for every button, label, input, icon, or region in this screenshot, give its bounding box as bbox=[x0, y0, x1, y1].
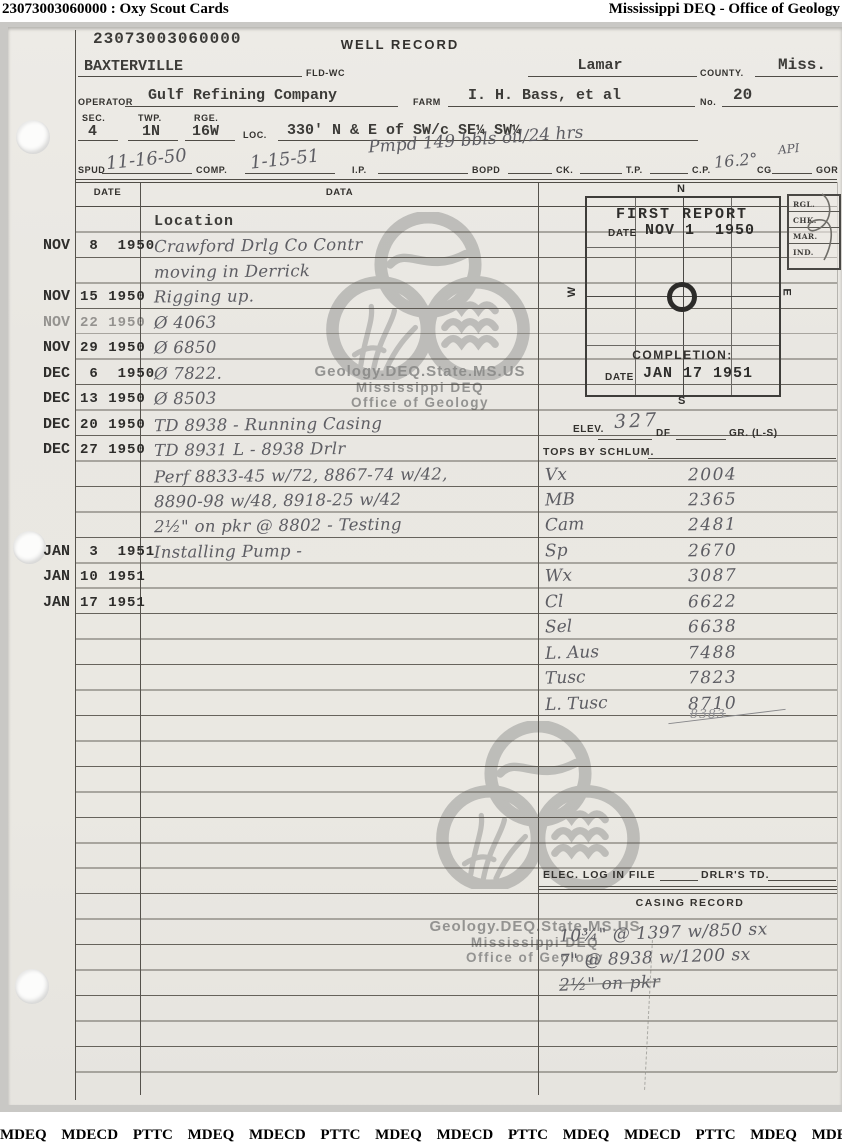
county-underline bbox=[528, 76, 697, 77]
log-row: moving in Derrick bbox=[0, 257, 538, 282]
compass-south-label: S bbox=[678, 395, 685, 407]
spud-underline bbox=[102, 173, 192, 174]
elev-label: ELEV. bbox=[573, 424, 604, 435]
comp-label: COMP. bbox=[196, 165, 227, 175]
compass-north-label: N bbox=[677, 183, 685, 195]
log-row: NOV 29 1950 Ø 6850 bbox=[0, 333, 538, 358]
bottom-footer-bar: MDEQ MDECD PTTC MDEQ MDECD PTTC MDEQ MDE… bbox=[0, 1120, 842, 1147]
formation-top-row: Tusc 7823 bbox=[543, 664, 836, 689]
farm-underline bbox=[448, 106, 695, 107]
compass-east-label: E bbox=[781, 288, 793, 295]
state-underline bbox=[755, 76, 838, 77]
punch-hole bbox=[16, 120, 50, 154]
log-month-stamp: NOV bbox=[28, 237, 70, 254]
log-month-stamp: DEC bbox=[28, 365, 70, 382]
formation-name: MB bbox=[545, 489, 576, 510]
ip-underline bbox=[378, 173, 468, 174]
log-date-stamp: 15 1950 bbox=[80, 289, 146, 305]
header-rule bbox=[75, 182, 837, 183]
field-underline bbox=[78, 76, 302, 77]
formation-depth: 2365 bbox=[688, 490, 738, 511]
completion-stamp: COMPLETION: bbox=[600, 348, 765, 362]
log-month-stamp: DEC bbox=[28, 390, 70, 407]
twp-underline bbox=[128, 140, 178, 141]
rge-underline bbox=[185, 140, 235, 141]
log-entry-text: Rigging up. bbox=[154, 287, 254, 307]
log-row: Location bbox=[0, 206, 538, 231]
formation-top-row: Cam 2481 bbox=[543, 511, 836, 536]
log-row: NOV 8 1950 Crawford Drlg Co Contr bbox=[0, 231, 538, 256]
farm-value: I. H. Bass, et al bbox=[468, 87, 621, 104]
formation-name: Vx bbox=[545, 464, 568, 485]
log-row: JAN 10 1951 bbox=[0, 562, 538, 587]
punch-hole bbox=[15, 969, 49, 1004]
scout-card-page: 23073003060000 : Oxy Scout Cards Mississ… bbox=[0, 0, 842, 1147]
df-label: DF bbox=[656, 428, 671, 439]
cp-value: 16.2° bbox=[713, 149, 758, 172]
rge-value: 16W bbox=[192, 123, 219, 140]
formation-depth: 7488 bbox=[688, 642, 738, 663]
bopd-underline bbox=[508, 173, 552, 174]
routing-stamp-box: RGL. CHK. MAR. IND. bbox=[787, 194, 841, 270]
log-entry-text: Ø 7822. bbox=[154, 363, 222, 383]
gor-label: GOR bbox=[816, 165, 838, 175]
formation-top-row: Vx 2004 bbox=[543, 461, 836, 486]
no-underline bbox=[722, 106, 838, 107]
formation-depth: 2481 bbox=[688, 515, 738, 536]
ip-label: I.P. bbox=[352, 165, 367, 175]
state-value: Miss. bbox=[778, 56, 826, 74]
drlrs-leader-line bbox=[768, 880, 836, 881]
stamp-row-label: CHK. bbox=[789, 212, 839, 228]
log-date-stamp: 10 1951 bbox=[80, 569, 146, 585]
log-row: NOV 15 1950 Rigging up. bbox=[0, 282, 538, 307]
log-entry-text: Installing Pump - bbox=[154, 541, 302, 562]
county-value: Lamar bbox=[540, 57, 660, 74]
log-entry-text: Ø 6850 bbox=[154, 338, 217, 358]
log-month-stamp: DEC bbox=[28, 441, 70, 458]
sec-label: SEC. bbox=[82, 113, 105, 123]
formation-depth: 6622 bbox=[688, 591, 738, 612]
formation-top-row: Cl 6622 bbox=[543, 588, 836, 613]
log-row: JAN 3 1951 Installing Pump - bbox=[0, 537, 538, 562]
formation-name: Tusc bbox=[545, 667, 586, 688]
formation-depth: 7823 bbox=[688, 668, 738, 689]
tp-underline bbox=[650, 173, 688, 174]
page-title-left: 23073003060000 : Oxy Scout Cards bbox=[2, 1, 229, 18]
casing-row: 7" @ 8938 w/1200 sx bbox=[545, 944, 835, 969]
elev-underline bbox=[598, 439, 652, 440]
well-api-number: 23073003060000 bbox=[93, 30, 241, 48]
ck-label: CK. bbox=[556, 165, 573, 175]
log-row: DEC 27 1950 TD 8931 L - 8938 Drlr bbox=[0, 435, 538, 460]
log-row: Perf 8833-45 w/72, 8867-74 w/42, bbox=[0, 461, 538, 486]
elec-log-label: ELEC. LOG IN FILE bbox=[543, 869, 656, 881]
formation-name: Sp bbox=[545, 540, 568, 561]
tops-title: TOPS BY SCHLUM. bbox=[543, 446, 654, 458]
data-panel-divider bbox=[538, 182, 539, 1095]
log-date-stamp: 13 1950 bbox=[80, 391, 146, 407]
formation-depth: 3087 bbox=[688, 566, 738, 587]
log-entry-text: 2½" on pkr @ 8802 - Testing bbox=[154, 515, 402, 537]
log-date-stamp: 22 1950 bbox=[80, 315, 146, 331]
formation-name: L. Tusc bbox=[545, 692, 608, 714]
formation-top-row: Sel 6638 bbox=[543, 613, 836, 638]
log-month-stamp: JAN bbox=[28, 568, 70, 585]
formation-top-row: MB 2365 bbox=[543, 486, 836, 511]
operator-underline bbox=[125, 106, 398, 107]
casing-row: 2½" on pkr bbox=[545, 970, 835, 995]
log-date-stamp: 8 1950 bbox=[80, 238, 155, 254]
elev-value: 327 bbox=[613, 409, 659, 433]
log-month-stamp: NOV bbox=[28, 314, 70, 331]
formation-name: Wx bbox=[545, 566, 573, 587]
log-entry-text: Location bbox=[154, 213, 234, 230]
twp-label: TWP. bbox=[138, 113, 162, 123]
footer-double-rule bbox=[539, 886, 837, 887]
casing-row: 10¾" @ 1397 w/850 sx bbox=[545, 919, 835, 944]
completion-date-label: DATE bbox=[605, 372, 634, 383]
api-note: API bbox=[777, 141, 800, 157]
log-month-stamp: DEC bbox=[28, 416, 70, 433]
farm-label: FARM bbox=[413, 97, 441, 107]
log-row: 2½" on pkr @ 8802 - Testing bbox=[0, 511, 538, 536]
first-report-date: NOV 1 1950 bbox=[645, 222, 755, 239]
stamp-row-label: IND. bbox=[789, 244, 839, 260]
elec-leader-line bbox=[660, 880, 698, 881]
formation-top-row: Sp 2670 bbox=[543, 537, 836, 562]
stamp-row-label: RGL. bbox=[789, 196, 839, 212]
formation-name: L. Aus bbox=[545, 642, 600, 664]
formation-top-row: Wx 3087 bbox=[543, 562, 836, 587]
cp-label: C.P. bbox=[692, 165, 711, 175]
sec-value: 4 bbox=[88, 123, 97, 140]
completion-date: JAN 17 1951 bbox=[643, 365, 753, 382]
log-date-stamp: 20 1950 bbox=[80, 417, 146, 433]
log-row: 8890-98 w/48, 8918-25 w/42 bbox=[0, 486, 538, 511]
gr-label: GR. (L-S) bbox=[729, 428, 778, 439]
twp-value: 1N bbox=[142, 123, 160, 140]
log-date-stamp: 27 1950 bbox=[80, 442, 146, 458]
header-rule bbox=[75, 179, 837, 180]
bopd-label: BOPD bbox=[472, 165, 500, 175]
operator-value: Gulf Refining Company bbox=[148, 87, 337, 104]
log-entry-text: TD 8938 - Running Casing bbox=[154, 413, 382, 434]
form-title: WELL RECORD bbox=[300, 37, 500, 52]
page-title-right: Mississippi DEQ - Office of Geology bbox=[609, 1, 840, 18]
log-entry-text: moving in Derrick bbox=[154, 261, 310, 282]
log-month-stamp: NOV bbox=[28, 288, 70, 305]
comp-underline bbox=[245, 173, 335, 174]
log-entry-text: Perf 8833-45 w/72, 8867-74 w/42, bbox=[154, 464, 448, 486]
log-entry-text: Ø 8503 bbox=[154, 389, 217, 409]
formation-depth: 6638 bbox=[688, 617, 738, 638]
compass-west-label: W bbox=[566, 287, 578, 297]
log-date-stamp: 6 1950 bbox=[80, 366, 155, 382]
df-underline bbox=[676, 439, 726, 440]
top-title-bar: 23073003060000 : Oxy Scout Cards Mississ… bbox=[0, 0, 842, 22]
card-right-border bbox=[837, 182, 838, 1072]
ck-underline bbox=[580, 173, 622, 174]
tops-title-underline bbox=[648, 458, 836, 459]
log-entry-text: 8890-98 w/48, 8918-25 w/42 bbox=[154, 490, 401, 512]
data-column-header: DATA bbox=[141, 187, 538, 198]
formation-name: Sel bbox=[545, 617, 573, 638]
casing-record-title: CASING RECORD bbox=[560, 897, 820, 909]
drlrs-td-label: DRLR'S TD. bbox=[701, 869, 770, 881]
sec-underline bbox=[78, 140, 118, 141]
field-name-value: BAXTERVILLE bbox=[84, 58, 183, 75]
log-row: DEC 6 1950 Ø 7822. bbox=[0, 359, 538, 384]
well-no-label: No. bbox=[700, 97, 716, 107]
log-entry-text: Ø 4063 bbox=[154, 312, 217, 332]
well-location-marker bbox=[667, 282, 697, 312]
formation-top-row: L. Aus 7488 bbox=[543, 639, 836, 664]
formation-name: Cam bbox=[545, 515, 585, 536]
rge-label: RGE. bbox=[194, 113, 218, 123]
log-row: DEC 20 1950 TD 8938 - Running Casing bbox=[0, 410, 538, 435]
formation-depth: 2670 bbox=[688, 540, 738, 561]
formation-depth: 2004 bbox=[688, 464, 738, 485]
first-report-stamp: FIRST REPORT bbox=[592, 206, 772, 223]
formation-name: Cl bbox=[545, 591, 564, 612]
well-no-value: 20 bbox=[733, 86, 752, 104]
log-date-stamp: 3 1951 bbox=[80, 544, 155, 560]
log-date-stamp: 17 1951 bbox=[80, 595, 146, 611]
loc-label: LOC. bbox=[243, 130, 267, 140]
log-month-stamp: JAN bbox=[28, 543, 70, 560]
field-label: FLD-WC bbox=[306, 68, 345, 78]
log-row: DEC 13 1950 Ø 8503 bbox=[0, 384, 538, 409]
log-month-stamp: JAN bbox=[28, 594, 70, 611]
log-row: NOV 22 1950 Ø 4063 bbox=[0, 308, 538, 333]
log-entry-text: Crawford Drlg Co Contr bbox=[154, 235, 363, 256]
casing-entry-text: 7" @ 8938 w/1200 sx bbox=[559, 945, 751, 972]
casing-entry-text: 10¾" @ 1397 w/850 sx bbox=[559, 919, 768, 946]
log-row: JAN 17 1951 bbox=[0, 588, 538, 613]
casing-entry-text: 2½" on pkr bbox=[559, 972, 661, 996]
cg-underline bbox=[772, 173, 812, 174]
date-column-header: DATE bbox=[75, 187, 140, 198]
first-report-date-label: DATE bbox=[608, 228, 637, 239]
county-label: COUNTY. bbox=[700, 68, 744, 78]
log-entry-text: TD 8931 L - 8938 Drlr bbox=[154, 439, 346, 460]
stamp-row-label: MAR. bbox=[789, 228, 839, 244]
log-date-stamp: 29 1950 bbox=[80, 340, 146, 356]
log-month-stamp: NOV bbox=[28, 339, 70, 356]
tp-label: T.P. bbox=[626, 165, 643, 175]
footer-double-rule bbox=[539, 889, 837, 890]
cg-label: CG bbox=[757, 165, 772, 175]
